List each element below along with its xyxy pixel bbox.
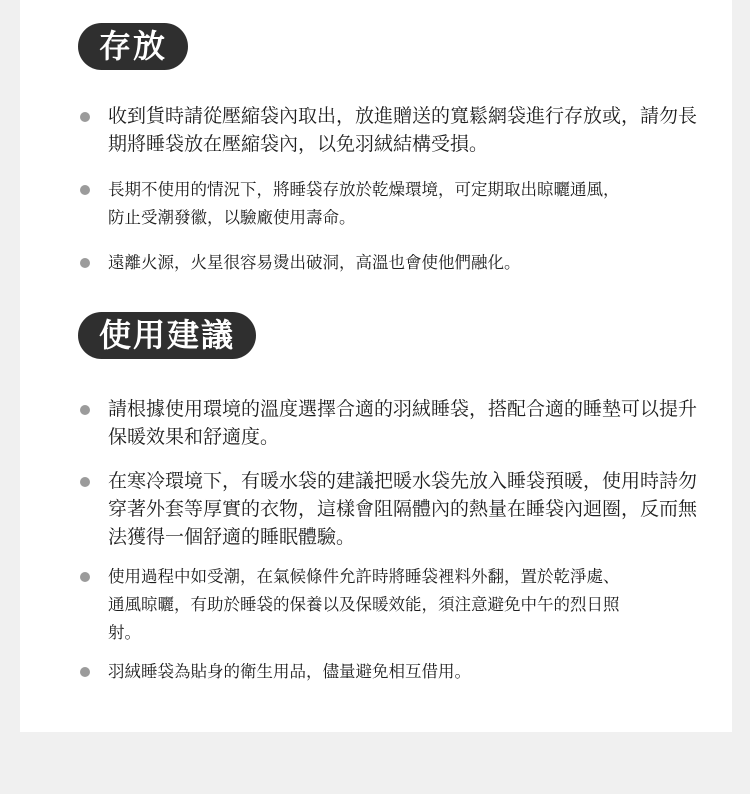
list-item: 羽絨睡袋為貼身的衛生用品，儘量避免相互借用。 xyxy=(78,658,732,686)
storage-item-text: 遠離火源，火星很容易燙出破洞，高溫也會使他們融化。 xyxy=(108,249,521,277)
usage-advice-list: 請根據使用環境的溫度選擇合適的羽絨睡袋，搭配合適的睡墊可以提升 保暖效果和舒適度… xyxy=(78,396,732,686)
content-card: 存放 收到貨時請從壓縮袋內取出，放進贈送的寬鬆網袋進行存放或，請勿長 期將睡袋放… xyxy=(20,0,732,732)
list-item: 在寒冷環境下，有暖水袋的建議把暖水袋先放入睡袋預暖，使用時詩勿 穿著外套等厚實的… xyxy=(78,468,732,552)
list-item: 長期不使用的情況下，將睡袋存放於乾燥環境，可定期取出晾曬通風， 防止受潮發徽，以… xyxy=(78,176,732,232)
bullet-dot-icon xyxy=(80,112,90,122)
bullet-dot-icon xyxy=(80,477,90,487)
care-instructions: 存放 收到貨時請從壓縮袋內取出，放進贈送的寬鬆網袋進行存放或，請勿長 期將睡袋放… xyxy=(20,0,732,686)
bullet-dot-icon xyxy=(80,185,90,195)
bullet-dot-icon xyxy=(80,405,90,415)
section-title-usage-advice: 使用建議 xyxy=(78,312,256,359)
list-item: 遠離火源，火星很容易燙出破洞，高溫也會使他們融化。 xyxy=(78,249,732,277)
usage-item-text: 在寒冷環境下，有暖水袋的建議把暖水袋先放入睡袋預暖，使用時詩勿 穿著外套等厚實的… xyxy=(108,468,697,552)
page-background: 存放 收到貨時請從壓縮袋內取出，放進贈送的寬鬆網袋進行存放或，請勿長 期將睡袋放… xyxy=(0,0,750,794)
section-title-storage: 存放 xyxy=(78,23,188,70)
usage-item-text: 請根據使用環境的溫度選擇合適的羽絨睡袋，搭配合適的睡墊可以提升 保暖效果和舒適度… xyxy=(108,396,697,452)
bullet-dot-icon xyxy=(80,572,90,582)
bullet-dot-icon xyxy=(80,667,90,677)
usage-item-text: 羽絨睡袋為貼身的衛生用品，儘量避免相互借用。 xyxy=(108,658,471,686)
storage-list: 收到貨時請從壓縮袋內取出，放進贈送的寬鬆網袋進行存放或，請勿長 期將睡袋放在壓縮… xyxy=(78,103,732,277)
list-item: 收到貨時請從壓縮袋內取出，放進贈送的寬鬆網袋進行存放或，請勿長 期將睡袋放在壓縮… xyxy=(78,103,732,159)
usage-item-text: 使用過程中如受潮，在氣候條件允許時將睡袋裡料外翻，置於乾淨處、 通風晾曬，有助於… xyxy=(108,563,620,647)
storage-item-text: 長期不使用的情況下，將睡袋存放於乾燥環境，可定期取出晾曬通風， 防止受潮發徽，以… xyxy=(108,176,620,232)
bullet-dot-icon xyxy=(80,258,90,268)
list-item: 請根據使用環境的溫度選擇合適的羽絨睡袋，搭配合適的睡墊可以提升 保暖效果和舒適度… xyxy=(78,396,732,452)
storage-item-text: 收到貨時請從壓縮袋內取出，放進贈送的寬鬆網袋進行存放或，請勿長 期將睡袋放在壓縮… xyxy=(108,103,697,159)
list-item: 使用過程中如受潮，在氣候條件允許時將睡袋裡料外翻，置於乾淨處、 通風晾曬，有助於… xyxy=(78,563,732,647)
